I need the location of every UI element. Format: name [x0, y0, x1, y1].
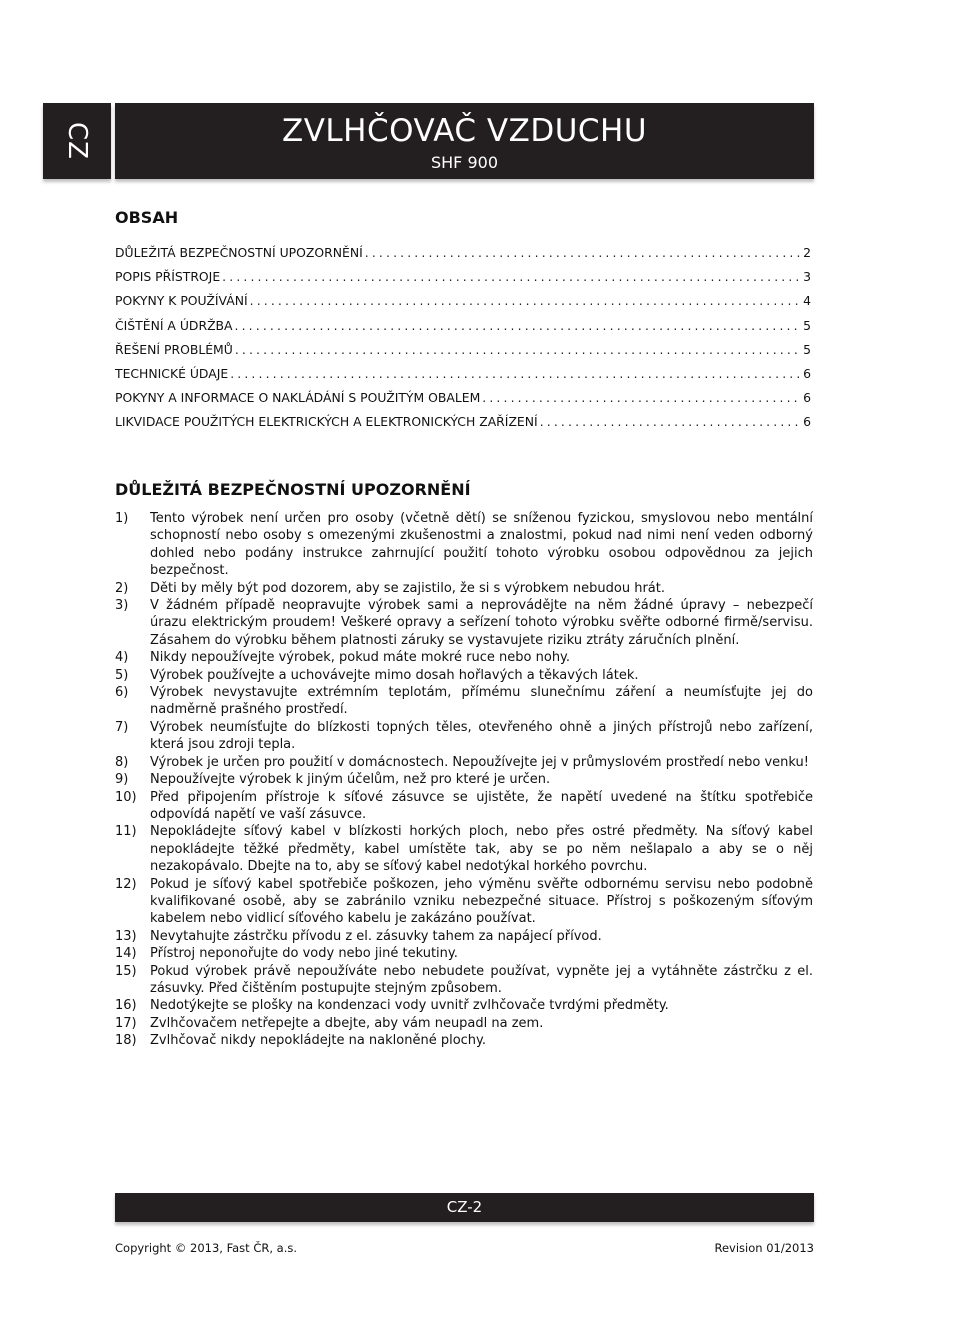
language-tab: CZ	[43, 103, 111, 179]
safety-item-number: 8)	[115, 754, 150, 771]
safety-item-number: 6)	[115, 684, 150, 719]
toc-leader-dots	[222, 268, 801, 286]
toc-entry-label: POPIS PŘÍSTROJE	[115, 268, 220, 286]
safety-item-number: 3)	[115, 597, 150, 649]
safety-item-text: Nedotýkejte se plošky na kondenzaci vody…	[150, 997, 813, 1014]
toc-leader-dots	[250, 292, 801, 310]
safety-item: 8)Výrobek je určen pro použití v domácno…	[115, 754, 813, 771]
safety-item: 11)Nepokládejte síťový kabel v blízkosti…	[115, 823, 813, 875]
toc-entry-label: ŘEŠENÍ PROBLÉMŮ	[115, 341, 233, 359]
toc-entry-label: ČIŠTĚNÍ A ÚDRŽBA	[115, 317, 233, 335]
safety-list: 1)Tento výrobek není určen pro osoby (vč…	[115, 510, 813, 1050]
document-title: ZVLHČOVAČ VZDUCHU	[115, 113, 814, 149]
safety-item: 3)V žádném případě neopravujte výrobek s…	[115, 597, 813, 649]
safety-item-text: Před připojením přístroje k síťové zásuv…	[150, 789, 813, 824]
toc-leader-dots	[540, 413, 801, 431]
revision: Revision 01/2013	[715, 1241, 815, 1255]
safety-item-number: 15)	[115, 963, 150, 998]
safety-item-text: Přístroj neponořujte do vody nebo jiné t…	[150, 945, 813, 962]
safety-item-text: Pokud výrobek právě nepoužíváte nebo neb…	[150, 963, 813, 998]
toc-entry[interactable]: DŮLEŽITÁ BEZPEČNOSTNÍ UPOZORNĚNÍ2	[115, 244, 811, 268]
safety-item-text: Zvlhčovač nikdy nepokládejte na nakloněn…	[150, 1032, 813, 1049]
safety-item: 16)Nedotýkejte se plošky na kondenzaci v…	[115, 997, 813, 1014]
safety-item-text: Výrobek používejte a uchovávejte mimo do…	[150, 667, 813, 684]
toc-leader-dots	[235, 341, 801, 359]
safety-item-number: 13)	[115, 928, 150, 945]
safety-item-text: Nepoužívejte výrobek k jiným účelům, než…	[150, 771, 813, 788]
safety-item-number: 5)	[115, 667, 150, 684]
title-banner: ZVLHČOVAČ VZDUCHU SHF 900	[115, 103, 814, 179]
safety-item: 14)Přístroj neponořujte do vody nebo jin…	[115, 945, 813, 962]
toc-leader-dots	[482, 389, 801, 407]
safety-item: 17)Zvlhčovačem netřepejte a dbejte, aby …	[115, 1015, 813, 1032]
safety-item: 1)Tento výrobek není určen pro osoby (vč…	[115, 510, 813, 580]
toc-entry[interactable]: ČIŠTĚNÍ A ÚDRŽBA5	[115, 317, 811, 341]
safety-item: 9)Nepoužívejte výrobek k jiným účelům, n…	[115, 771, 813, 788]
safety-item-number: 11)	[115, 823, 150, 875]
safety-item: 15)Pokud výrobek právě nepoužíváte nebo …	[115, 963, 813, 998]
safety-item: 18)Zvlhčovač nikdy nepokládejte na naklo…	[115, 1032, 813, 1049]
toc-leader-dots	[235, 317, 802, 335]
toc-entry-page: 5	[803, 341, 811, 359]
toc-leader-dots	[365, 244, 801, 262]
safety-item-number: 14)	[115, 945, 150, 962]
model-number: SHF 900	[115, 153, 814, 173]
safety-heading: DŮLEŽITÁ BEZPEČNOSTNÍ UPOZORNĚNÍ	[115, 480, 471, 499]
safety-item-number: 7)	[115, 719, 150, 754]
safety-item-text: Výrobek neumísťujte do blízkosti topných…	[150, 719, 813, 754]
safety-item-number: 16)	[115, 997, 150, 1014]
safety-item-number: 12)	[115, 876, 150, 928]
safety-item-text: Tento výrobek není určen pro osoby (včet…	[150, 510, 813, 580]
safety-item-text: Výrobek je určen pro použití v domácnost…	[150, 754, 813, 771]
safety-item: 10)Před připojením přístroje k síťové zá…	[115, 789, 813, 824]
toc-entry[interactable]: LIKVIDACE POUŽITÝCH ELEKTRICKÝCH A ELEKT…	[115, 413, 811, 437]
safety-item: 7)Výrobek neumísťujte do blízkosti topný…	[115, 719, 813, 754]
toc-entry-page: 4	[803, 292, 811, 310]
toc-entry-page: 5	[803, 317, 811, 335]
toc-entry-page: 3	[803, 268, 811, 286]
safety-item-text: Zvlhčovačem netřepejte a dbejte, aby vám…	[150, 1015, 813, 1032]
table-of-contents: DŮLEŽITÁ BEZPEČNOSTNÍ UPOZORNĚNÍ2POPIS P…	[115, 244, 811, 438]
copyright: Copyright © 2013, Fast ČR, a.s.	[115, 1241, 297, 1255]
toc-entry-label: POKYNY K POUŽÍVÁNÍ	[115, 292, 248, 310]
safety-item-text: Nevytahujte zástrčku přívodu z el. zásuv…	[150, 928, 813, 945]
safety-item-text: V žádném případě neopravujte výrobek sam…	[150, 597, 813, 649]
toc-entry[interactable]: POKYNY K POUŽÍVÁNÍ4	[115, 292, 811, 316]
page-number-bar: CZ-2	[115, 1193, 814, 1222]
toc-entry-label: POKYNY A INFORMACE O NAKLÁDÁNÍ S POUŽITÝ…	[115, 389, 480, 407]
safety-item: 13)Nevytahujte zástrčku přívodu z el. zá…	[115, 928, 813, 945]
safety-item: 5)Výrobek používejte a uchovávejte mimo …	[115, 667, 813, 684]
toc-entry-page: 6	[803, 413, 811, 431]
toc-entry[interactable]: POKYNY A INFORMACE O NAKLÁDÁNÍ S POUŽITÝ…	[115, 389, 811, 413]
safety-item: 2)Děti by měly být pod dozorem, aby se z…	[115, 580, 813, 597]
safety-item-text: Výrobek nevystavujte extrémním teplotám,…	[150, 684, 813, 719]
toc-entry[interactable]: TECHNICKÉ ÚDAJE6	[115, 365, 811, 389]
toc-entry[interactable]: ŘEŠENÍ PROBLÉMŮ5	[115, 341, 811, 365]
safety-item-text: Nikdy nepoužívejte výrobek, pokud máte m…	[150, 649, 813, 666]
toc-entry-label: TECHNICKÉ ÚDAJE	[115, 365, 228, 383]
safety-item-text: Nepokládejte síťový kabel v blízkosti ho…	[150, 823, 813, 875]
safety-item-number: 1)	[115, 510, 150, 580]
safety-item-number: 18)	[115, 1032, 150, 1049]
page-number: CZ-2	[447, 1198, 482, 1216]
toc-entry-page: 6	[803, 365, 811, 383]
toc-entry-label: LIKVIDACE POUŽITÝCH ELEKTRICKÝCH A ELEKT…	[115, 413, 538, 431]
safety-item: 4)Nikdy nepoužívejte výrobek, pokud máte…	[115, 649, 813, 666]
toc-heading: OBSAH	[115, 208, 178, 227]
toc-entry-page: 6	[803, 389, 811, 407]
safety-item: 6)Výrobek nevystavujte extrémním teplotá…	[115, 684, 813, 719]
toc-entry[interactable]: POPIS PŘÍSTROJE3	[115, 268, 811, 292]
safety-item: 12)Pokud je síťový kabel spotřebiče pošk…	[115, 876, 813, 928]
toc-leader-dots	[230, 365, 801, 383]
safety-item-number: 4)	[115, 649, 150, 666]
toc-entry-page: 2	[803, 244, 811, 262]
safety-item-text: Děti by měly být pod dozorem, aby se zaj…	[150, 580, 813, 597]
safety-item-number: 10)	[115, 789, 150, 824]
safety-item-text: Pokud je síťový kabel spotřebiče poškoze…	[150, 876, 813, 928]
safety-item-number: 17)	[115, 1015, 150, 1032]
language-code: CZ	[62, 122, 92, 160]
safety-item-number: 2)	[115, 580, 150, 597]
safety-item-number: 9)	[115, 771, 150, 788]
toc-entry-label: DŮLEŽITÁ BEZPEČNOSTNÍ UPOZORNĚNÍ	[115, 244, 363, 262]
